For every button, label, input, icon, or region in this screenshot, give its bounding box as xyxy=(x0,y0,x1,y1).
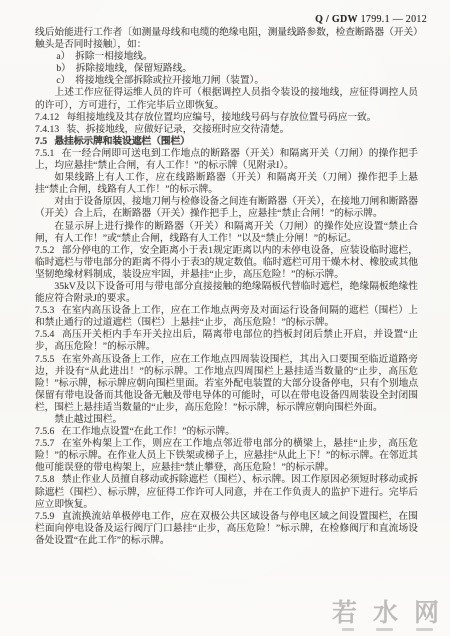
watermark-subtext-mark xyxy=(342,628,354,631)
document-body: 线后始能进行工作者〔如测量母线和电缆的绝缘电阻，测量线路参数，检查断路器（开关）… xyxy=(35,27,418,547)
clause-paragraph: 7.5.9直流换流站单极停电工作，应在双极公共区域设备与停电区域之间设置围栏，在… xyxy=(35,511,418,547)
clause-number: 7.4.12 xyxy=(35,112,66,123)
clause-paragraph: 7.5.6在工作地点设置“在此工作！”的标示牌。 xyxy=(35,426,418,438)
section-heading: 7.5悬挂标示牌和装设遮栏（围栏） xyxy=(35,136,418,148)
clause-paragraph: 7.5.5在室外高压设备上工作，应在工作地点四周装设围栏，其出入口要围至临近道路… xyxy=(35,354,418,414)
watermark-subtext-mark xyxy=(376,628,393,631)
paragraph: 上述工作应征得运维人员的许可（根据调控人员指令装设的接地线，应征得调控人员的许可… xyxy=(35,87,418,111)
clause-number: 7.5.7 xyxy=(35,438,62,449)
clause-paragraph: 7.5.4高压开关柜内手车开关拉出后，隔离带电部位的挡板封闭后禁止开启，并设置“… xyxy=(35,329,418,353)
clause-number: 7.5 xyxy=(35,136,54,147)
standard-header: Q / GDW 1799.1 — 2012 xyxy=(315,14,427,25)
standard-code: Q / GDW xyxy=(315,14,358,25)
clause-number: 7.5.8 xyxy=(35,474,62,485)
watermark-subtext-mark xyxy=(416,628,433,631)
clause-number: 7.4.13 xyxy=(35,124,66,135)
clause-paragraph: 7.5.3在室内高压设备上工作，应在工作地点两旁及对面运行设备间隔的遮栏（围栏）… xyxy=(35,305,418,329)
watermark: 若水网 xyxy=(332,600,439,631)
clause-paragraph: 7.5.1在一经合闸即可送电到工作地点的断路器（开关）和隔离开关（刀闸）的操作把… xyxy=(35,148,418,172)
clause-paragraph: 7.5.7在室外构架上工作，则应在工作地点邻近带电部分的横梁上，悬挂“止步，高压… xyxy=(35,438,418,474)
clause-number: 7.5.5 xyxy=(35,354,62,365)
standard-number: 1799.1 — 2012 xyxy=(361,14,427,25)
clause-number: 7.5.6 xyxy=(35,426,62,437)
clause-paragraph: 7.4.13装、拆接地线，应做好记录，交接班时应交待清楚。 xyxy=(35,124,418,136)
paragraph: a） 拆除一相接地线。 xyxy=(35,51,418,63)
clause-number: 7.5.2 xyxy=(35,245,62,256)
paragraph: 在显示屏上进行操作的断路器（开关）和隔离开关（刀闸）的操作处应设置“禁止合闸，有… xyxy=(35,221,418,245)
paragraph: 线后始能进行工作者〔如测量母线和电缆的绝缘电阻，测量线路参数，检查断路器（开关）… xyxy=(35,27,418,51)
paragraph: b） 拆除接地线，保留短路线。 xyxy=(35,63,418,75)
clause-number: 7.5.1 xyxy=(35,148,62,159)
document-page: Q / GDW 1799.1 — 2012 线后始能进行工作者〔如测量母线和电缆… xyxy=(0,0,450,636)
paragraph: 禁止越过围栏。 xyxy=(35,414,418,426)
clause-number: 7.5.9 xyxy=(35,511,62,522)
clause-number: 7.5.3 xyxy=(35,305,62,316)
paragraph: 对由于设备原因，接地刀闸与检修设备之间连有断路器（开关），在接地刀闸和断路器（开… xyxy=(35,196,418,220)
clause-paragraph: 7.5.8禁止作业人员擅自移动或拆除遮栏（围栏）、标示牌。因工作原因必须短时移动… xyxy=(35,474,418,510)
watermark-text: 若水网 xyxy=(332,600,450,626)
clause-number: 7.5.4 xyxy=(35,329,62,340)
paragraph: 35kV及以下设备可用与带电部分直接接触的绝缘隔板代替临时遮栏，绝缘隔板绝缘性能… xyxy=(35,281,418,305)
clause-paragraph: 7.5.2部分停电的工作，安全距离小于表1规定距离以内的未停电设备，应装设临时遮… xyxy=(35,245,418,281)
paragraph: c） 将接地线全部拆除或拉开接地刀闸（装置）。 xyxy=(35,75,418,87)
paragraph: 如果线路上有人工作，应在线路断路器（开关）和隔离开关（刀闸）操作把手上悬挂“禁止… xyxy=(35,172,418,196)
clause-paragraph: 7.4.12每组接地线及其存放位置均应编号，接地线号码与存放位置号码应一致。 xyxy=(35,112,418,124)
